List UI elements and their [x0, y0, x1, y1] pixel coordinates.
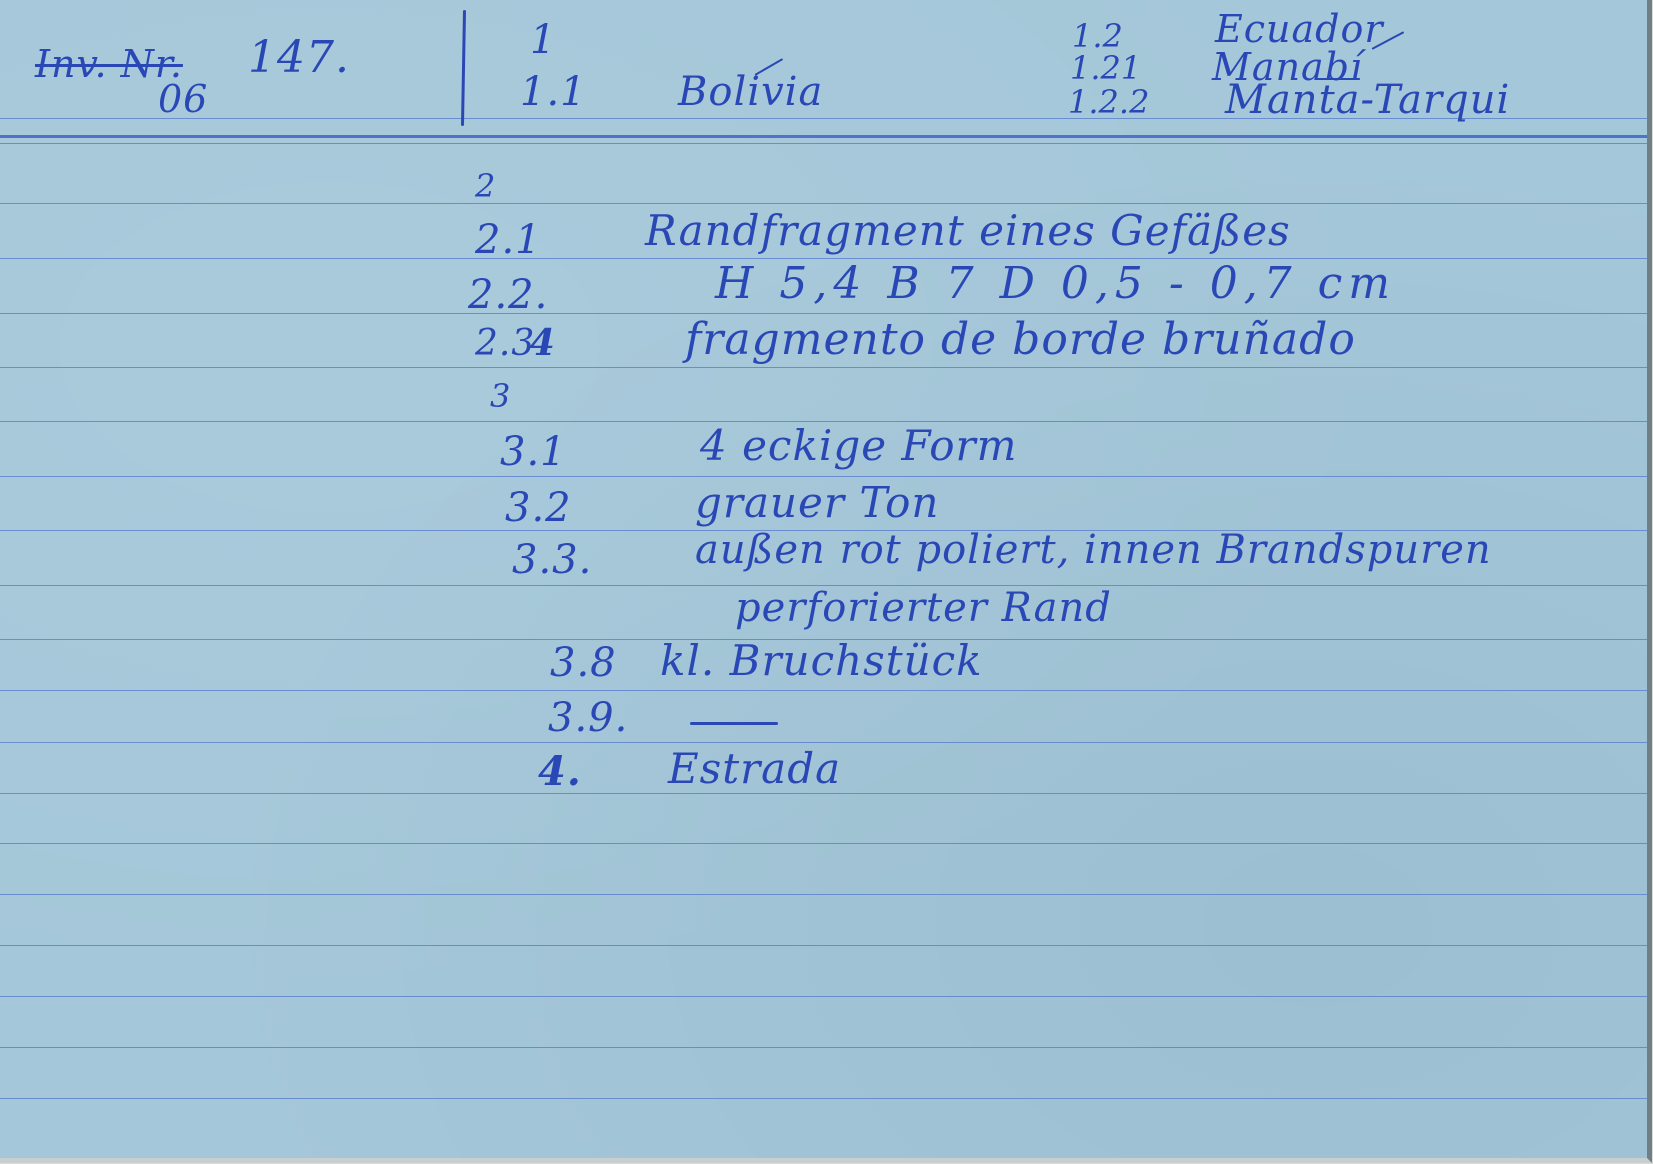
- item-1-21-number: 1.21: [1070, 52, 1141, 84]
- ruled-line: [0, 203, 1647, 204]
- entry-2-3-number: 2.3 4: [475, 325, 556, 362]
- ruled-line: [0, 742, 1647, 743]
- entry-2-3-text: fragmento de borde bruñado: [685, 318, 1356, 362]
- entry-3-1-number: 3.1: [500, 432, 567, 472]
- item-1-2-number: 1.2: [1072, 20, 1123, 52]
- inventory-number: 147.: [248, 36, 350, 80]
- header-rule-heavy: [0, 135, 1647, 138]
- ruled-line: [0, 793, 1647, 794]
- entry-3-3-number: 3.3.: [512, 540, 592, 580]
- entry-3-2-text: grauer Ton: [695, 482, 939, 524]
- item-1-1-text: Bolivia: [678, 72, 823, 112]
- entry-4-text: Estrada: [668, 748, 841, 790]
- index-card: Inv. Nr. 147. 06 1 1.1 Bolivia 1.2 Ecuad…: [0, 0, 1652, 1163]
- entry-3-number: 3: [490, 380, 510, 412]
- entry-3-9-number: 3.9.: [548, 698, 628, 738]
- entry-4-number: 4.: [538, 752, 582, 792]
- header-divider: [461, 10, 466, 126]
- header-rule-thin-bottom: [0, 143, 1647, 144]
- ruled-line: [0, 690, 1647, 691]
- ruled-line: [0, 843, 1647, 844]
- item-1-22-number: 1.2.2: [1068, 86, 1149, 118]
- item-1-2-text: Ecuador: [1215, 10, 1384, 48]
- entry-2-2-text: H 5,4 B 7 D 0,5 - 0,7 cm: [715, 262, 1396, 306]
- entry-2-number: 2: [475, 170, 495, 202]
- item-1-22-text: Manta-Tarqui: [1225, 80, 1510, 120]
- section-1-number: 1: [530, 20, 556, 60]
- entry-3-9-dash: [690, 722, 778, 725]
- ruled-line: [0, 367, 1647, 368]
- entry-3-3-text: außen rot poliert, innen Brandspuren: [695, 530, 1492, 570]
- entry-3-8-number: 3.8: [550, 643, 617, 683]
- ruled-line: [0, 1047, 1647, 1048]
- ruled-line: [0, 476, 1647, 477]
- item-1-1-number: 1.1: [520, 72, 587, 112]
- ruled-line: [0, 1098, 1647, 1099]
- ruled-line: [0, 894, 1647, 895]
- entry-2-3-original: 2.3: [475, 323, 535, 364]
- entry-3-1-text: 4 eckige Form: [700, 425, 1017, 467]
- entry-3-2-number: 3.2: [505, 488, 572, 528]
- entry-3-8-text: kl. Bruchstück: [660, 640, 983, 682]
- entry-2-3-overwrite: 4: [530, 322, 556, 364]
- inventory-sub-number: 06: [158, 80, 208, 118]
- entry-2-1-number: 2.1: [475, 220, 542, 260]
- ruled-line: [0, 945, 1647, 946]
- entry-2-2-number: 2.2.: [468, 275, 548, 315]
- ruled-line: [0, 996, 1647, 997]
- entry-2-1-text: Randfragment eines Gefäßes: [645, 210, 1291, 252]
- entry-3-3-continuation: perforierter Rand: [735, 588, 1112, 628]
